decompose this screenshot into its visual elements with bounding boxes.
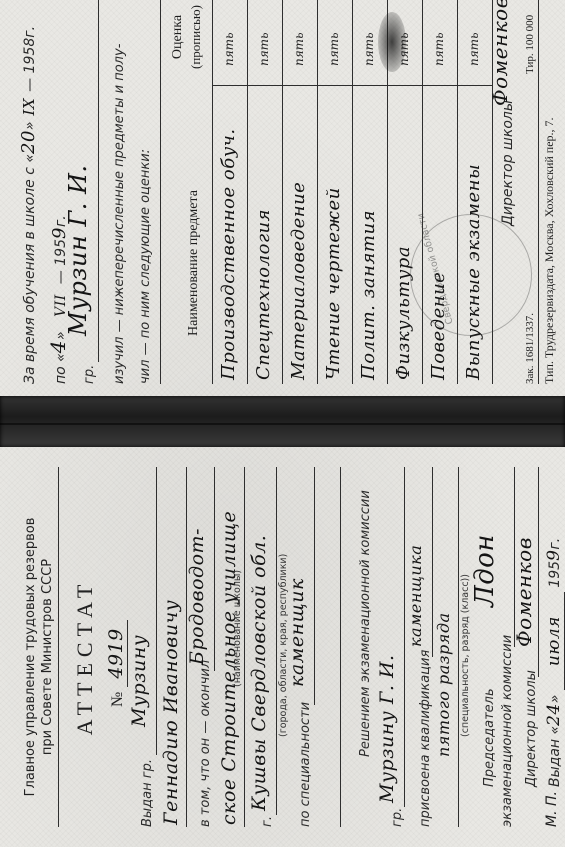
document-title: АТТЕСТАТ xyxy=(72,527,98,787)
footer-rule xyxy=(538,0,539,384)
table-top-rule xyxy=(160,0,161,384)
issued-to-label: Выдан гр. xyxy=(140,759,155,827)
end-day: 4 xyxy=(46,340,70,353)
table-row-rule xyxy=(247,0,248,384)
director-label: Директор школы xyxy=(524,670,539,787)
certifies-label: в том, что он — окончил xyxy=(198,660,213,827)
specialty-label: по специальности xyxy=(298,702,313,827)
qualification-label: присвоена квалификация xyxy=(418,650,433,827)
studied-line: изучил — нижеперечисленные предметы и по… xyxy=(112,44,127,384)
surname: Мурзину xyxy=(128,635,150,727)
ministry-line-2: при Совете Министров СССР xyxy=(39,487,56,827)
director-label: Директор школы xyxy=(500,100,516,226)
attestat-document: Главное управление трудовых резервов при… xyxy=(0,0,565,847)
table-row-rule xyxy=(422,0,423,384)
number-value: 4919 xyxy=(105,620,128,686)
school-name-part1: Бродоводот- xyxy=(186,528,208,665)
chairman-label-2: экзаменационной комиссии xyxy=(500,635,515,827)
director-signature: Фоменков xyxy=(488,0,512,106)
signature-rule xyxy=(538,467,539,677)
table-row-grade: пять xyxy=(432,32,446,66)
rule xyxy=(458,467,459,827)
issued-label: Выдан « xyxy=(547,726,563,787)
issued-year-prefix: 195 xyxy=(547,561,563,588)
ink-blot xyxy=(378,12,406,72)
rule xyxy=(98,0,99,362)
school-hint: (наименование школы) xyxy=(232,570,243,687)
table-row-rule xyxy=(282,0,283,384)
table-row-rule xyxy=(317,0,318,384)
order-number: Зак. 1681/1337. xyxy=(524,313,536,384)
chairman-label-1: Председатель xyxy=(482,688,497,787)
start-month: IX xyxy=(20,92,38,122)
header-subject: Наименование предмета xyxy=(186,190,202,336)
student-name: Мурзин Г. И. xyxy=(64,164,92,336)
table-row-subject: Материаловедение xyxy=(288,182,309,380)
issued-month: июля xyxy=(544,592,565,690)
qualification-value: каменщика xyxy=(406,545,425,647)
table-row-grade: пять xyxy=(327,32,341,66)
grade-value: пятого разряда xyxy=(434,612,453,757)
city-value: Кушвы Свердловской обл. xyxy=(248,535,270,811)
name-patronymic: Геннадию Ивановичу xyxy=(160,600,182,825)
study-period-start: За время обучения в школе с «20»IX— 1958… xyxy=(18,26,39,384)
chairman-signature: Лдон xyxy=(470,534,500,607)
table-row-subject: Полит. занятия xyxy=(358,210,379,380)
decision-name: Мурзину Г. И. xyxy=(376,654,398,803)
gr-label: гр. xyxy=(390,808,405,827)
ministry-header: Главное управление трудовых резервов при… xyxy=(22,487,56,827)
binding-strip xyxy=(0,396,565,447)
rule xyxy=(214,467,215,671)
printer-info: Тип. Трудрезервиздата, Москва, Хохловски… xyxy=(542,117,557,384)
table-row-grade: пять xyxy=(467,32,481,66)
director-signature: Фоменков xyxy=(512,537,536,647)
specialty-value: каменщик xyxy=(286,578,308,687)
student-gr-label: гр. xyxy=(82,365,97,384)
city-prefix: г. xyxy=(260,816,275,827)
end-prefix: по « xyxy=(53,353,69,384)
number-label: № xyxy=(109,692,126,707)
header-rule xyxy=(58,467,59,827)
issued-date: Выдан «24» июля 1959г. xyxy=(544,538,564,787)
ministry-line-1: Главное управление трудовых резервов xyxy=(22,487,39,827)
table-row-subject: Производственное обуч. xyxy=(218,128,239,380)
start-year: 1958 xyxy=(22,38,38,74)
grades-page: За время обучения в школе с «20»IX— 1958… xyxy=(0,0,565,396)
issued-year-suffix: г. xyxy=(547,538,563,550)
table-row-grade: пять xyxy=(257,32,271,66)
period-text: За время обучения в школе с « xyxy=(22,154,38,384)
rule xyxy=(404,467,405,807)
table-row-grade: пять xyxy=(222,32,236,66)
start-year-suffix: г. xyxy=(22,26,38,38)
table-header-rule xyxy=(212,0,213,384)
header-grade: Оценка xyxy=(170,2,186,72)
issued-year-digit: 9 xyxy=(544,550,564,561)
certificate-number: № 4919 xyxy=(105,620,127,707)
rule xyxy=(276,467,277,815)
table-row-grade: пять xyxy=(362,32,376,66)
rule xyxy=(314,467,315,705)
start-day: 20 xyxy=(18,130,39,154)
circulation: Тир. 100 000 xyxy=(524,15,536,74)
attestat-page: Главное управление трудовых резервов при… xyxy=(0,447,565,847)
table-row-grade: пять xyxy=(292,32,306,66)
header-grade-sub: (прописью) xyxy=(188,2,204,72)
rule xyxy=(340,467,341,827)
rule xyxy=(244,467,245,827)
rule xyxy=(432,467,433,657)
grades-line: чил — по ним следующие оценки: xyxy=(138,149,153,384)
mp-label: М. П. xyxy=(544,791,560,827)
decision-label: Решением экзаменационной комиссии xyxy=(358,490,373,757)
table-row-subject: Спецтехнология xyxy=(253,209,274,380)
issued-day: 24 xyxy=(544,703,564,726)
rule xyxy=(156,467,157,755)
table-row-subject: Чтение чертежей xyxy=(323,187,344,380)
table-row-rule xyxy=(352,0,353,384)
